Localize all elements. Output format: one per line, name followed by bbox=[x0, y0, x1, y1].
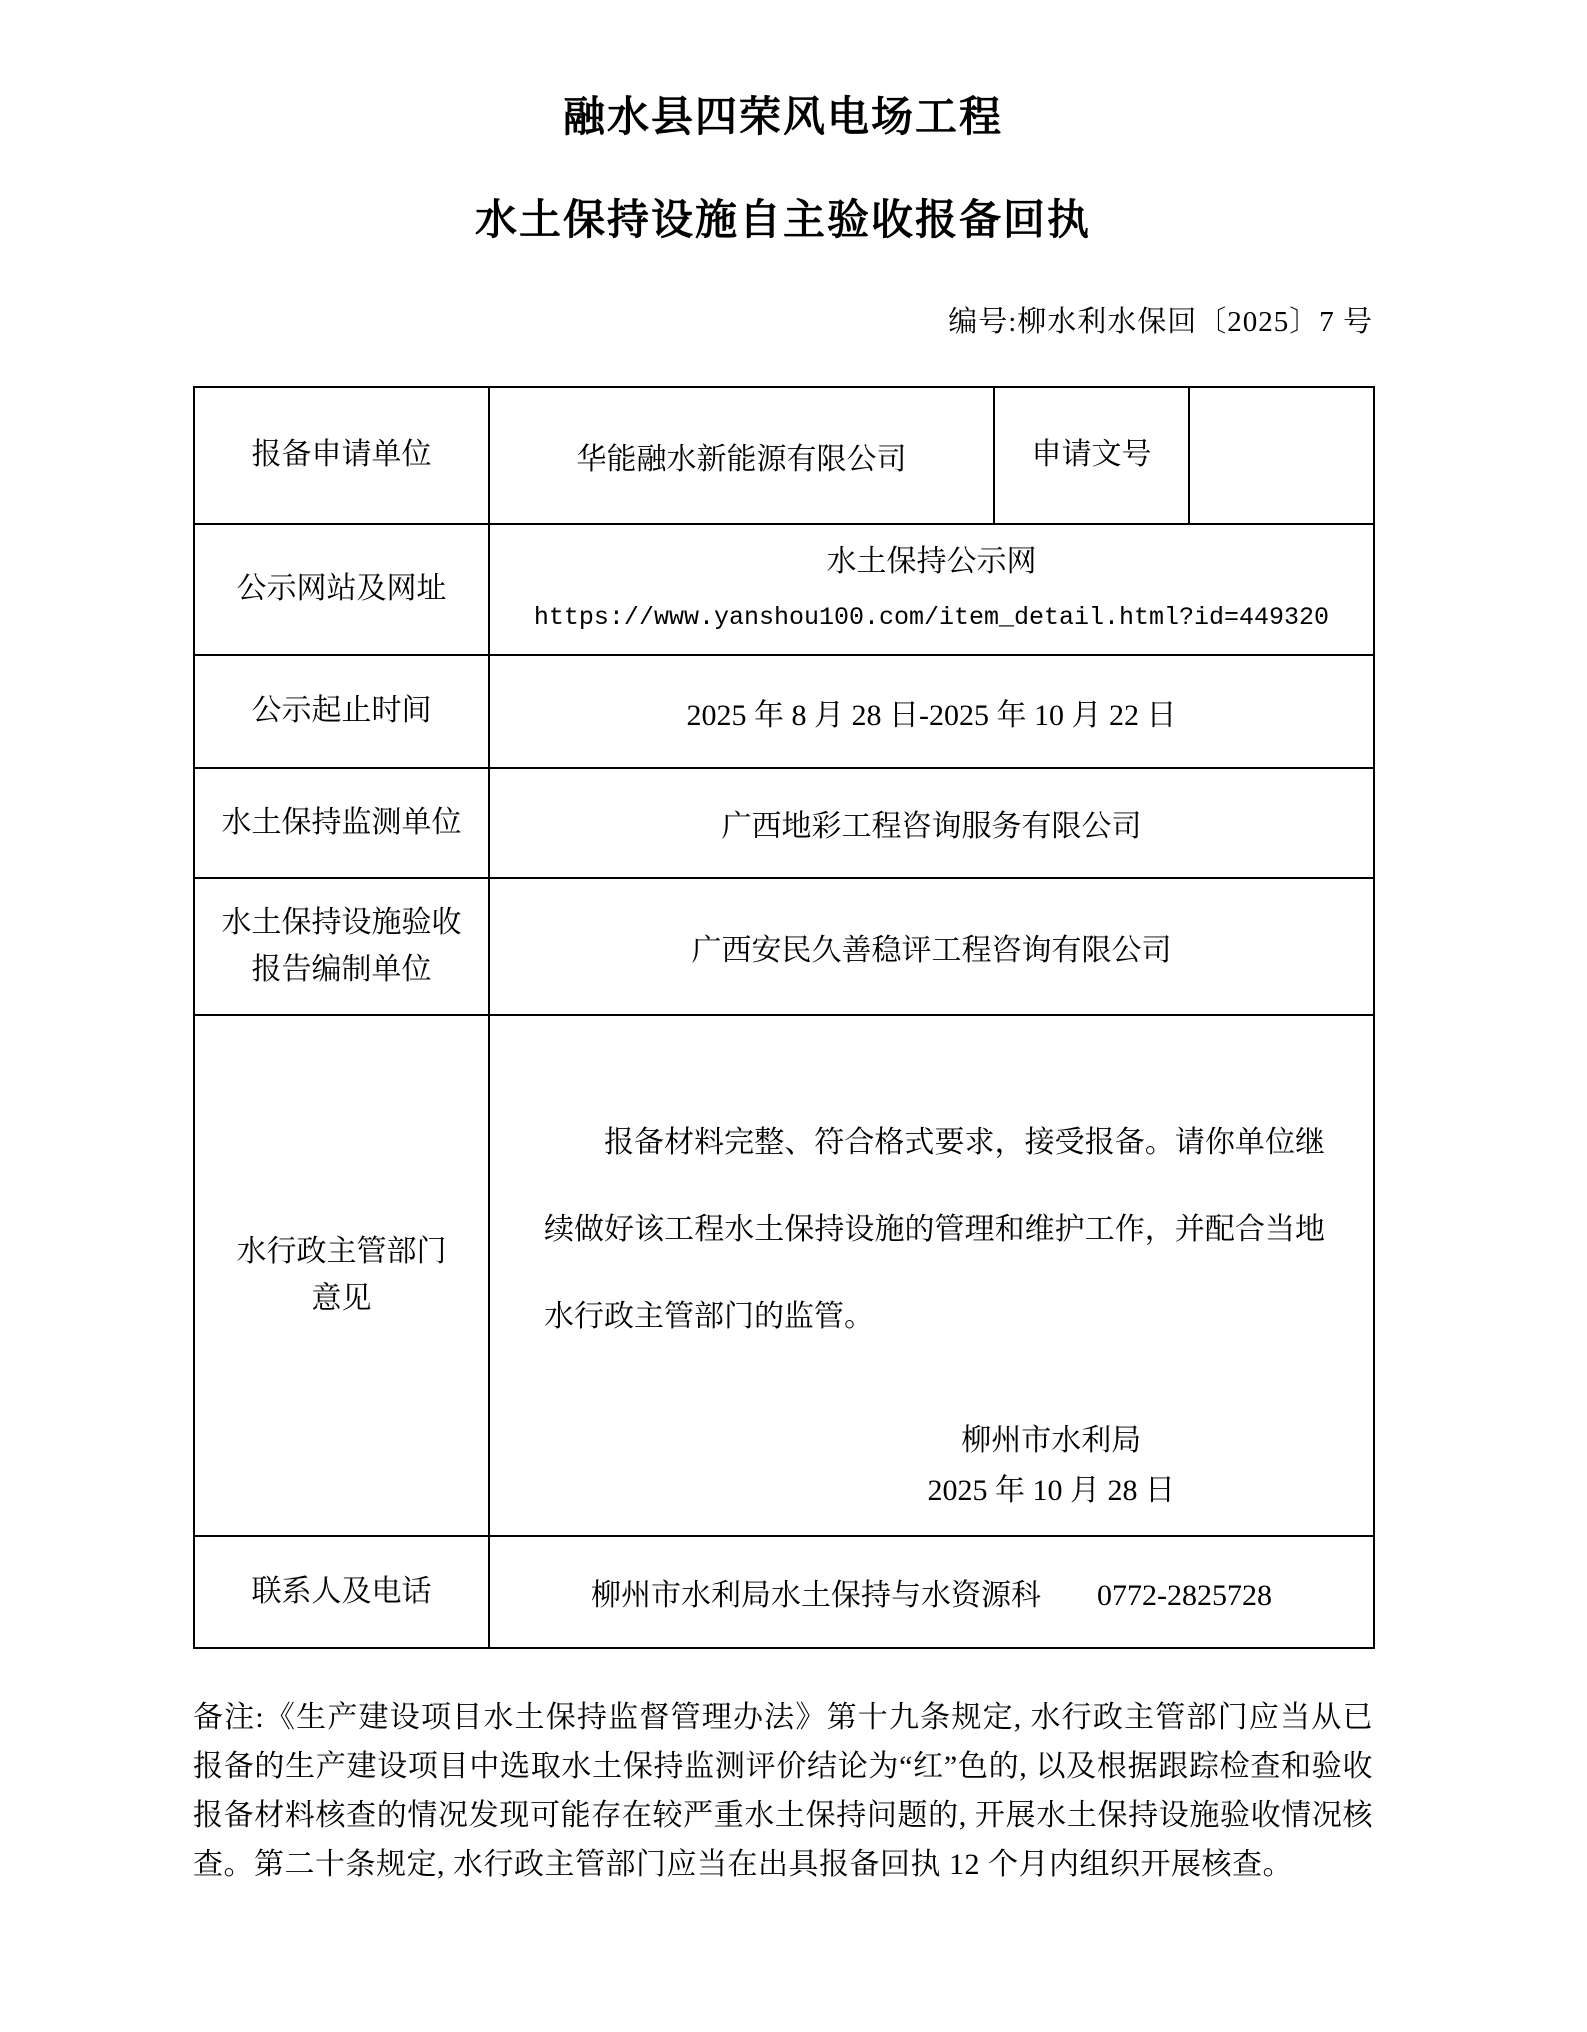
website-label: 公示网站及网址 bbox=[194, 524, 489, 655]
row-contact: 联系人及电话 柳州市水利局水土保持与水资源科0772-2825728 bbox=[194, 1536, 1374, 1648]
doc-title-line2: 水土保持设施自主验收报备回执 bbox=[193, 195, 1373, 248]
contact-department: 柳州市水利局水土保持与水资源科 bbox=[591, 1570, 1041, 1614]
row-website: 公示网站及网址 水土保持公示网 https://www.yanshou100.c… bbox=[194, 524, 1374, 655]
row-authority-opinion: 水行政主管部门 意见 报备材料完整、符合格式要求，接受报备。请你单位继续做好该工… bbox=[194, 1015, 1374, 1536]
row-applicant: 报备申请单位 华能融水新能源有限公司 申请文号 bbox=[194, 387, 1374, 524]
monitoring-unit-label: 水土保持监测单位 bbox=[194, 768, 489, 878]
row-monitoring-unit: 水土保持监测单位 广西地彩工程咨询服务有限公司 bbox=[194, 768, 1374, 878]
site-name: 水土保持公示网 bbox=[500, 534, 1363, 590]
application-doc-number-label: 申请文号 bbox=[994, 387, 1189, 524]
document-content: 融水县四荣风电场工程 水土保持设施自主验收报备回执 编号:柳水利水保回〔2025… bbox=[193, 0, 1373, 1889]
applicant-value: 华能融水新能源有限公司 bbox=[489, 387, 994, 524]
doc-number: 编号:柳水利水保回〔2025〕7 号 bbox=[193, 299, 1373, 340]
signature-org: 柳州市水利局 bbox=[928, 1416, 1176, 1466]
period-value: 2025 年 8 月 28 日-2025 年 10 月 22 日 bbox=[489, 655, 1374, 768]
monitoring-unit-value: 广西地彩工程咨询服务有限公司 bbox=[489, 768, 1374, 878]
filing-table: 报备申请单位 华能融水新能源有限公司 申请文号 公示网站及网址 水土保持公示网 … bbox=[193, 386, 1375, 1649]
authority-opinion-value: 报备材料完整、符合格式要求，接受报备。请你单位继续做好该工程水土保持设施的管理和… bbox=[489, 1015, 1374, 1536]
doc-title-line1: 融水县四荣风电场工程 bbox=[193, 92, 1373, 145]
site-url: https://www.yanshou100.com/item_detail.h… bbox=[500, 590, 1363, 646]
report-unit-value: 广西安民久善稳评工程咨询有限公司 bbox=[489, 878, 1374, 1015]
signature-block: 柳州市水利局 2025 年 10 月 28 日 bbox=[928, 1416, 1176, 1516]
applicant-label: 报备申请单位 bbox=[194, 387, 489, 524]
opinion-text: 报备材料完整、符合格式要求，接受报备。请你单位继续做好该工程水土保持设施的管理和… bbox=[544, 1099, 1325, 1360]
authority-opinion-label: 水行政主管部门 意见 bbox=[194, 1015, 489, 1536]
website-value: 水土保持公示网 https://www.yanshou100.com/item_… bbox=[489, 524, 1374, 655]
contact-value: 柳州市水利局水土保持与水资源科0772-2825728 bbox=[489, 1536, 1374, 1648]
application-doc-number-value bbox=[1189, 387, 1374, 524]
period-label: 公示起止时间 bbox=[194, 655, 489, 768]
document-page: 融水县四荣风电场工程 水土保持设施自主验收报备回执 编号:柳水利水保回〔2025… bbox=[0, 0, 1587, 2032]
report-unit-label: 水土保持设施验收 报告编制单位 bbox=[194, 878, 489, 1015]
contact-label: 联系人及电话 bbox=[194, 1536, 489, 1648]
contact-phone: 0772-2825728 bbox=[1097, 1579, 1272, 1613]
signature-date: 2025 年 10 月 28 日 bbox=[928, 1466, 1176, 1516]
row-report-unit: 水土保持设施验收 报告编制单位 广西安民久善稳评工程咨询有限公司 bbox=[194, 878, 1374, 1015]
footer-note: 备注:《生产建设项目水土保持监督管理办法》第十九条规定, 水行政主管部门应当从已… bbox=[193, 1693, 1373, 1889]
row-period: 公示起止时间 2025 年 8 月 28 日-2025 年 10 月 22 日 bbox=[194, 655, 1374, 768]
